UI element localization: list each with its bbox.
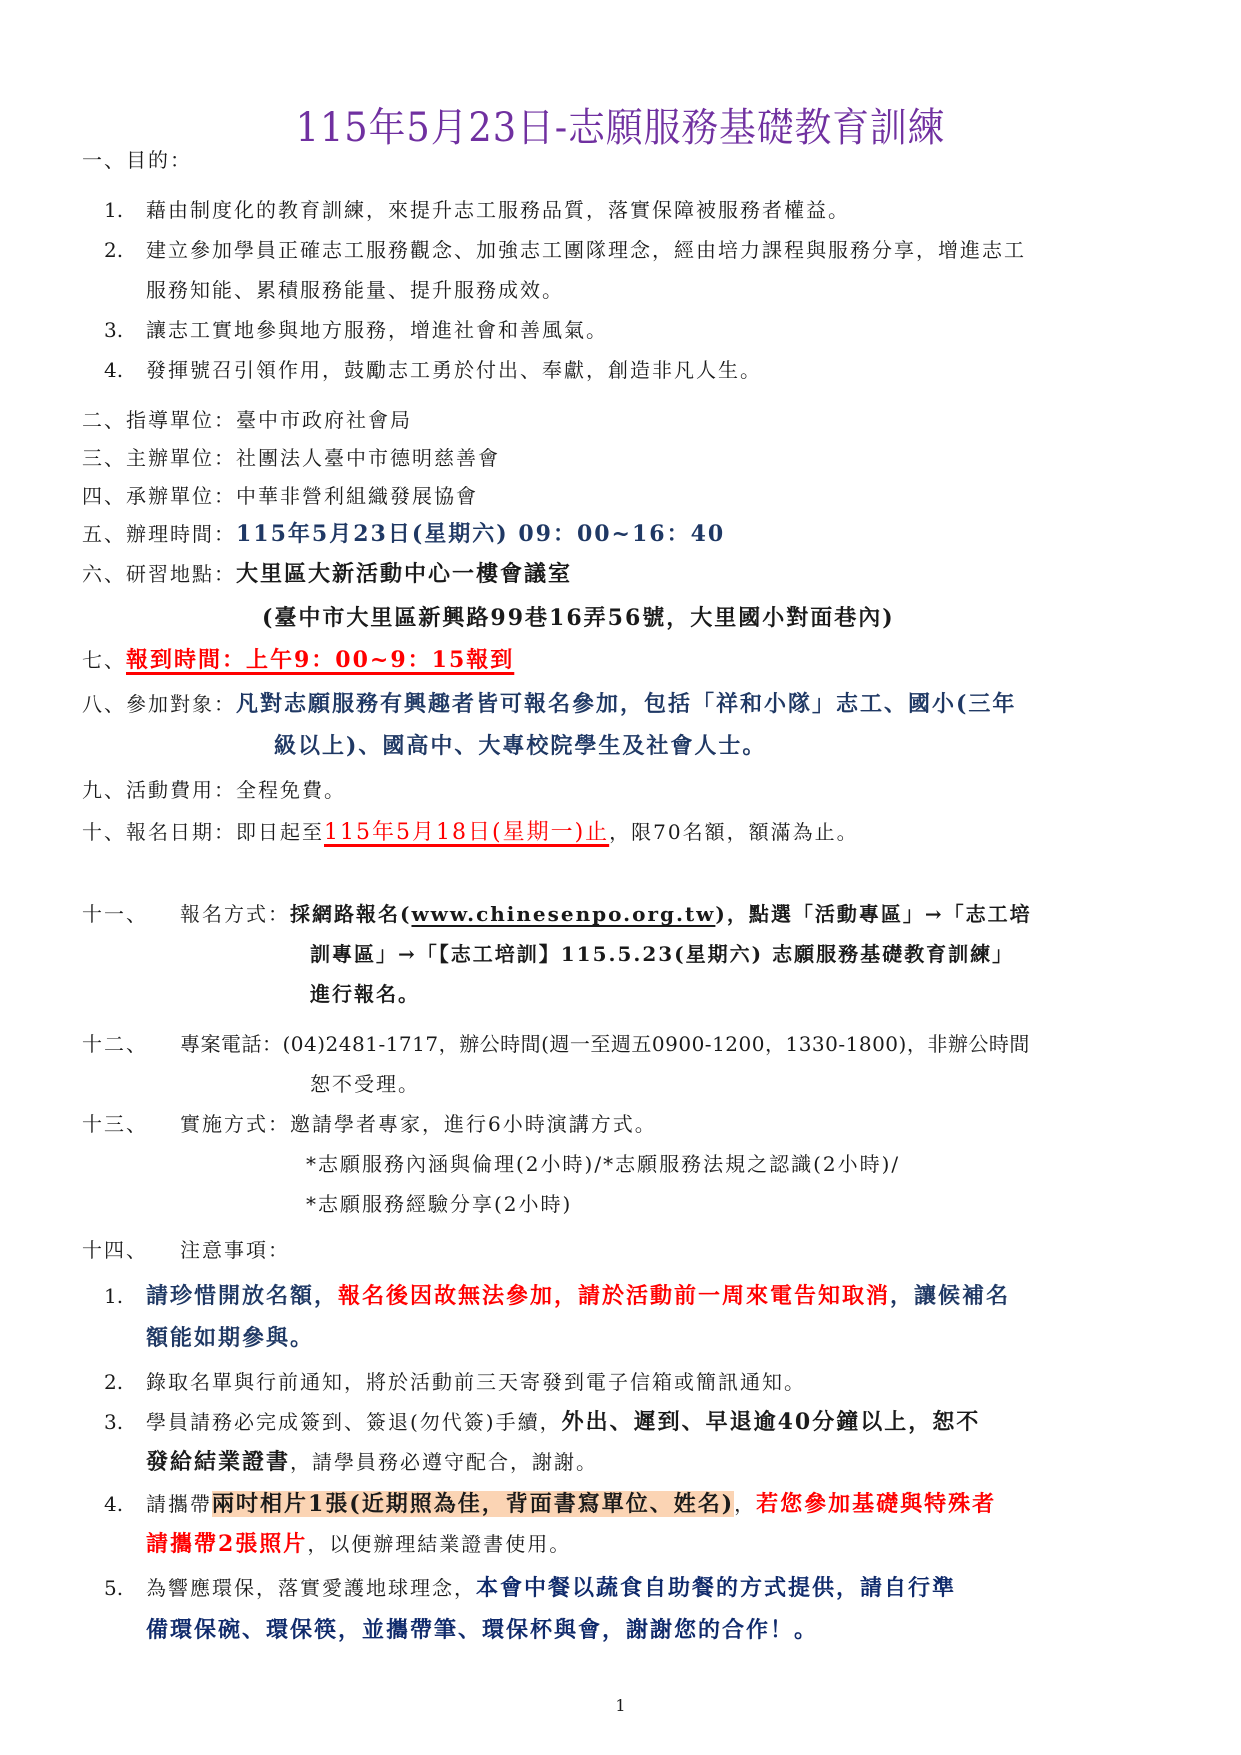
s5-value: 115年5月23日(星期六) 09：00~16：40 xyxy=(236,521,725,547)
s14-item-3-d: ，請學員務必遵守配合，謝謝。 xyxy=(290,1450,598,1474)
s1-item-2-num: 2. xyxy=(104,236,123,264)
s1-item-3-text: 讓志工實地參與地方服務，增進社會和善風氣。 xyxy=(146,316,608,344)
s8-value: 凡對志願服務有興趣者皆可報名參加，包括「祥和小隊」志工、國小(三年 xyxy=(236,691,1016,717)
section-13: 實施方式：邀請學者專家，進行6小時演講方式。 xyxy=(180,1110,657,1138)
section-12: 專案電話：(04)2481-1717，辦公時間(週一至週五0900-1200，1… xyxy=(180,1030,1030,1058)
s10-deadline: 115年5月18日(星期一)止 xyxy=(324,820,609,845)
s11-prefix: 採網路報名( xyxy=(290,902,411,926)
s1-item-1-text: 藉由制度化的教育訓練，來提升志工服務品質，落實保障被服務者權益。 xyxy=(146,196,850,224)
s7-label: 七、 xyxy=(82,648,126,672)
s4-label: 四、承辦單位： xyxy=(82,484,236,508)
section-9: 九、活動費用：全程免費。 xyxy=(82,776,346,804)
s14-item-1-num: 1. xyxy=(104,1282,123,1310)
s3-label: 三、主辦單位： xyxy=(82,446,236,470)
s8-value-cont: 級以上)、國高中、大專校院學生及社會人士。 xyxy=(274,732,766,760)
s1-item-4-text: 發揮號召引領作用，鼓勵志工勇於付出、奉獻，創造非凡人生。 xyxy=(146,356,762,384)
s13-label: 實施方式： xyxy=(180,1112,290,1136)
s11-num: 十一、 xyxy=(82,900,148,928)
s14-item-5-c: 備環保碗、環保筷，並攜帶筆、環保杯與會，謝謝您的合作！。 xyxy=(146,1616,818,1644)
s2-label: 二、指導單位： xyxy=(82,408,236,432)
s14-item-4: 請攜帶兩吋相片1張(近期照為佳，背面書寫單位、姓名)，若您參加基礎與特殊者 xyxy=(146,1490,996,1518)
s13-line1: 邀請學者專家，進行6小時演講方式。 xyxy=(290,1112,657,1136)
s8-label: 八、參加對象： xyxy=(82,692,236,716)
s14-item-4-num: 4. xyxy=(104,1490,123,1518)
s14-item-5-a: 為響應環保，落實愛護地球理念， xyxy=(146,1576,476,1600)
s14-item-1: 請珍惜開放名額，報名後因故無法參加，請於活動前一周來電告知取消，讓候補名 xyxy=(146,1282,1010,1310)
s11-line1-rest: )，點選「活動專區」→「志工培 xyxy=(715,902,1031,926)
s13-line3: *志願服務經驗分享(2小時) xyxy=(306,1190,572,1218)
s14-item-5-b: 本會中餐以蔬食自助餐的方式提供，請自行準 xyxy=(476,1575,956,1601)
section-2: 二、指導單位：臺中市政府社會局 xyxy=(82,406,412,434)
s14-item-3: 學員請務必完成簽到、簽退(勿代簽)手續，外出、遲到、早退逾40分鐘以上，恕不 xyxy=(146,1408,980,1436)
s12-line2: 恕不受理。 xyxy=(310,1070,420,1098)
s14-item-4-cont: 請攜帶2張照片，以便辦理結業證書使用。 xyxy=(146,1530,571,1558)
s1-item-4-num: 4. xyxy=(104,356,123,384)
s14-item-2-num: 2. xyxy=(104,1368,123,1396)
section-7: 七、報到時間：上午9：00~9：15報到 xyxy=(82,646,514,674)
section-5: 五、辦理時間：115年5月23日(星期六) 09：00~16：40 xyxy=(82,520,725,548)
section-6: 六、研習地點：大里區大新活動中心一樓會議室 xyxy=(82,560,572,588)
page-title: 115年5月23日-志願服務基礎教育訓練 xyxy=(50,96,1192,153)
s6-value: 大里區大新活動中心一樓會議室 xyxy=(236,561,572,587)
section-11: 報名方式：採網路報名(www.chinesenpo.org.tw)，點選「活動專… xyxy=(180,900,1032,928)
s14-item-3-num: 3. xyxy=(104,1408,123,1436)
s14-num: 十四、 xyxy=(82,1236,148,1264)
s13-line2: *志願服務內涵與倫理(2小時)/*志願服務法規之認識(2小時)/ xyxy=(306,1150,900,1178)
registration-link[interactable]: www.chinesenpo.org.tw xyxy=(411,902,715,926)
s14-item-1-d: 額能如期參與。 xyxy=(146,1324,314,1352)
s14-item-4-e: 請攜帶2張照片 xyxy=(146,1531,307,1557)
s6-address: (臺中市大里區新興路99巷16弄56號，大里國小對面巷內) xyxy=(262,604,895,632)
s14-item-4-photo-highlight: 兩吋相片1張(近期照為佳，背面書寫單位、姓名) xyxy=(212,1491,734,1517)
s11-label: 報名方式： xyxy=(180,902,290,926)
s11-line2: 訓專區」→「【志工培訓】115.5.23(星期六) 志願服務基礎教育訓練」 xyxy=(310,940,1014,968)
s2-value: 臺中市政府社會局 xyxy=(236,408,412,432)
s3-value: 社團法人臺中市德明慈善會 xyxy=(236,446,500,470)
s14-item-5: 為響應環保，落實愛護地球理念，本會中餐以蔬食自助餐的方式提供，請自行準 xyxy=(146,1574,956,1602)
s14-item-4-c: ， xyxy=(734,1492,756,1516)
s10-label: 十、報名日期： xyxy=(82,820,236,844)
page-number: 1 xyxy=(0,1696,1241,1715)
s1-item-1-num: 1. xyxy=(104,196,123,224)
section-4: 四、承辦單位：中華非營利組織發展協會 xyxy=(82,482,478,510)
s14-item-1-b: 報名後因故無法參加，請於活動前一周來電告知取消 xyxy=(338,1283,890,1309)
s14-item-1-a: 請珍惜開放名額， xyxy=(146,1283,338,1309)
s7-checkin-time: 報到時間：上午9：00~9：15報到 xyxy=(126,647,514,673)
s1-item-2-text: 建立參加學員正確志工服務觀念、加強志工團隊理念，經由培力課程與服務分享，增進志工 xyxy=(146,236,1026,264)
s11-line3: 進行報名。 xyxy=(310,980,420,1008)
s14-label: 注意事項： xyxy=(180,1236,290,1264)
s14-item-4-a: 請攜帶 xyxy=(146,1492,212,1516)
s1-item-2-text-cont: 服務知能、累積服務能量、提升服務成效。 xyxy=(146,276,564,304)
s9-label: 九、活動費用： xyxy=(82,778,236,802)
section-10: 十、報名日期：即日起至115年5月18日(星期一)止，限70名額，額滿為止。 xyxy=(82,818,859,847)
s14-item-3-cont: 發給結業證書，請學員務必遵守配合，謝謝。 xyxy=(146,1448,598,1476)
section-1-heading: 一、目的： xyxy=(82,146,192,174)
s12-phone-hours: (04)2481-1717，辦公時間(週一至週五0900-1200，1330-1… xyxy=(283,1032,1030,1056)
s14-item-3-b: 外出、遲到、早退逾40分鐘以上，恕不 xyxy=(562,1409,981,1435)
s14-item-5-num: 5. xyxy=(104,1574,123,1602)
s9-value: 全程免費。 xyxy=(236,778,346,802)
section-8: 八、參加對象：凡對志願服務有興趣者皆可報名參加，包括「祥和小隊」志工、國小(三年 xyxy=(82,690,1016,718)
s10-prefix: 即日起至 xyxy=(236,820,324,844)
s14-item-3-a: 學員請務必完成簽到、簽退(勿代簽)手續， xyxy=(146,1410,562,1434)
s6-label: 六、研習地點： xyxy=(82,562,236,586)
s14-item-1-c: ，讓候補名 xyxy=(890,1283,1010,1309)
s14-item-2: 錄取名單與行前通知，將於活動前三天寄發到電子信箱或簡訊通知。 xyxy=(146,1368,806,1396)
s14-item-4-f: ，以便辦理結業證書使用。 xyxy=(307,1532,571,1556)
s13-num: 十三、 xyxy=(82,1110,148,1138)
s12-num: 十二、 xyxy=(82,1030,148,1058)
document-page: 115年5月23日-志願服務基礎教育訓練 一、目的： 1. 藉由制度化的教育訓練… xyxy=(0,0,1241,1755)
s5-label: 五、辦理時間： xyxy=(82,522,236,546)
section-3: 三、主辦單位：社團法人臺中市德明慈善會 xyxy=(82,444,500,472)
s1-item-3-num: 3. xyxy=(104,316,123,344)
s14-item-4-d: 若您參加基礎與特殊者 xyxy=(756,1491,996,1517)
s4-value: 中華非營利組織發展協會 xyxy=(236,484,478,508)
s10-suffix: ，限70名額，額滿為止。 xyxy=(609,820,858,844)
s12-label: 專案電話： xyxy=(180,1032,283,1056)
s14-item-3-c: 發給結業證書 xyxy=(146,1449,290,1475)
